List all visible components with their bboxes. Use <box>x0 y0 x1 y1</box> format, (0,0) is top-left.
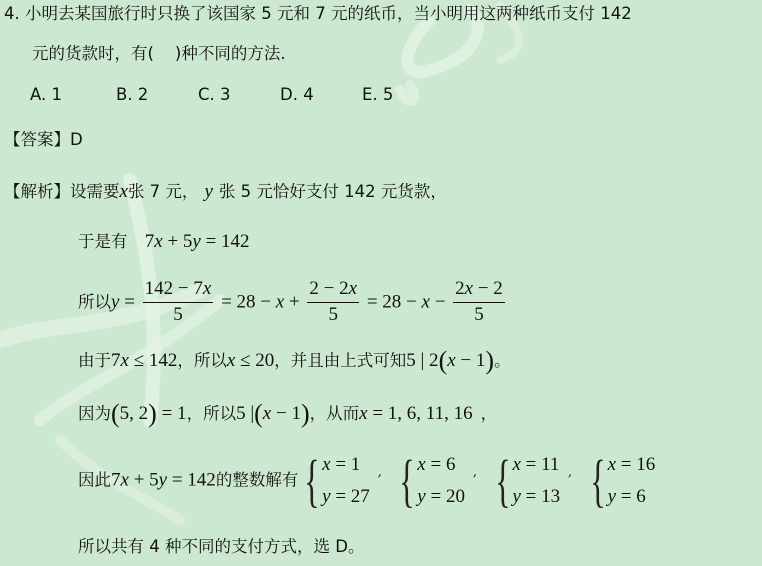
analysis-tag: 【解析】 <box>4 182 70 201</box>
option-e: E. 5 <box>362 85 393 105</box>
answer-value: D <box>70 130 83 149</box>
question-line-1: 4. 小明去某国旅行时只换了该国家 5 元和 7 元的纸币，当小明用这两种纸币支… <box>4 4 632 24</box>
brace-icon: { <box>495 452 510 510</box>
solution-system-3: {x = 11y = 13 <box>489 449 561 513</box>
solution-system-4: {x = 16y = 6 <box>584 449 656 513</box>
answer-line: 【答案】D <box>4 130 83 150</box>
brace-icon: { <box>400 452 415 510</box>
question-number: 4. <box>4 4 20 23</box>
fraction-1: 142 − 7x5 <box>143 278 214 327</box>
analysis-conclusion: 所以共有 4 种不同的支付方式，选 D。 <box>78 537 364 557</box>
option-c: C. 3 <box>198 85 231 105</box>
fraction-3: 2x − 25 <box>453 278 505 327</box>
option-d: D. 4 <box>280 85 314 105</box>
question-line-2: 元的货款时，有( )种不同的方法. <box>32 44 286 64</box>
equation-main: 7x + 5y = 142 <box>145 231 250 252</box>
fraction-2: 2 − 2x5 <box>307 278 359 327</box>
analysis-line-4: 由于7x ≤ 142，所以x ≤ 20，并且由上式可知5 | 2(x − 1)。 <box>78 351 511 371</box>
analysis-line-5: 因为(5, 2) = 1，所以5 |(x − 1)，从而x = 1, 6, 11… <box>78 404 497 424</box>
solution-system-2: {x = 6y = 20 <box>393 449 465 513</box>
analysis-line-2: 于是有 7x + 5y = 142 <box>78 232 250 252</box>
solution-system-1: {x = 1y = 27 <box>298 449 370 513</box>
analysis-line-6: 因此7x + 5y = 142的整数解有{x = 1y = 27′{x = 6y… <box>78 448 655 513</box>
option-a: A. 1 <box>30 85 62 105</box>
analysis-line-1: 【解析】设需要x张 7 元，y张 5 元恰好支付 142 元货款， <box>4 182 447 202</box>
option-b: B. 2 <box>116 85 148 105</box>
brace-icon: { <box>305 452 320 510</box>
analysis-line-3: 所以y = 142 − 7x5 = 28 − x + 2 − 2x5 = 28 … <box>78 278 508 327</box>
question-text: 小明去某国旅行时只换了该国家 5 元和 7 元的纸币，当小明用这两种纸币支付 1… <box>25 4 632 23</box>
answer-tag: 【答案】 <box>4 130 70 149</box>
brace-icon: { <box>590 452 605 510</box>
